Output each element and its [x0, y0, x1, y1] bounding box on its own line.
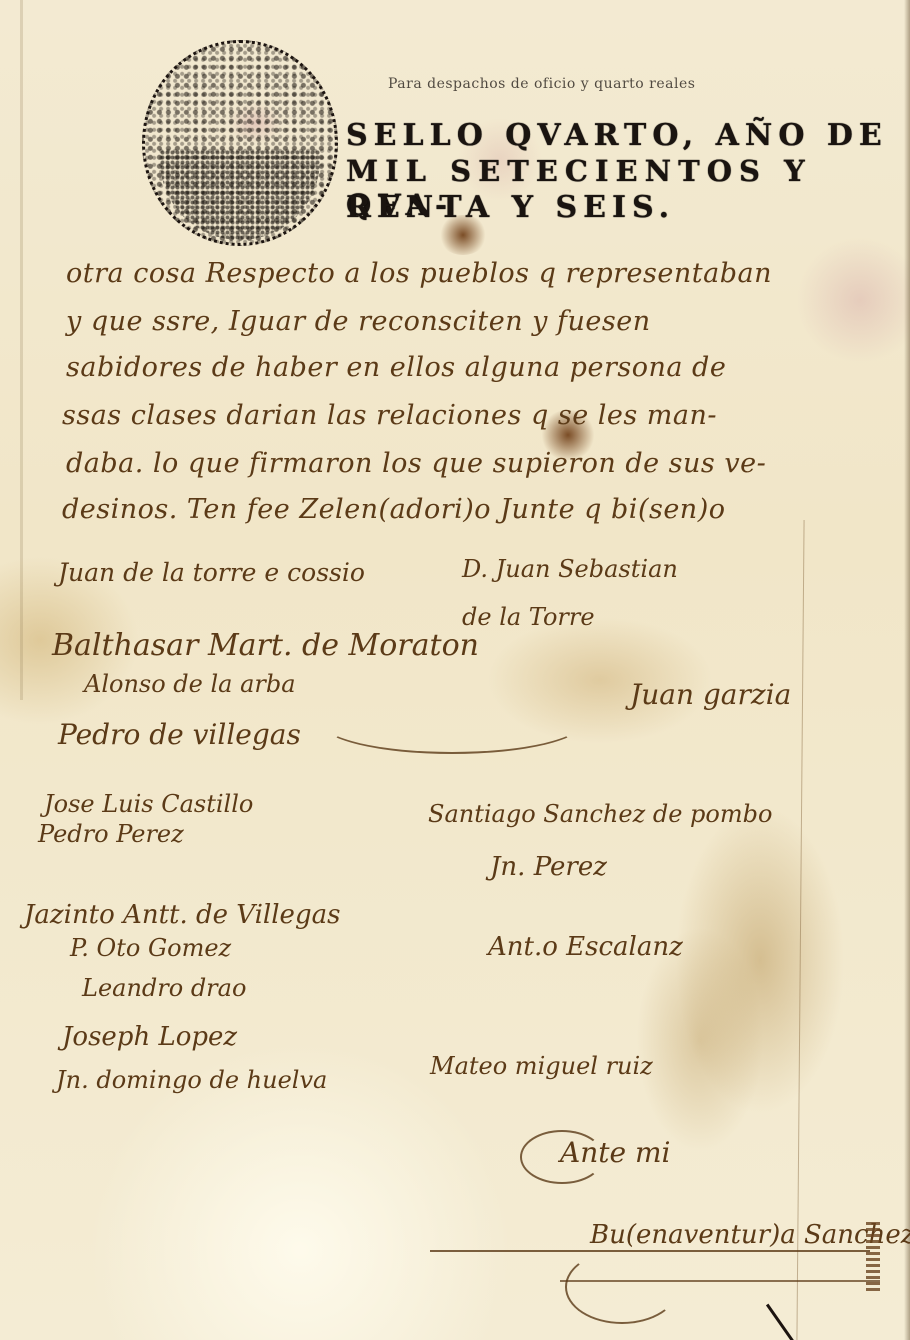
notary-rubric-coil: [866, 1222, 880, 1292]
notary-rubric-line: [430, 1250, 870, 1252]
signature-jacinto-villegas: Jazinto Antt. de Villegas: [24, 900, 340, 930]
body-line: ssas clases darian las relaciones q se l…: [62, 400, 717, 431]
signature-pedro-gomez: P. Oto Gomez: [70, 934, 231, 962]
signature-mateo-ruiz: Mateo miguel ruiz: [430, 1052, 653, 1080]
signature-jose-castillo: Jose Luis Castillo: [44, 790, 253, 818]
signature-flourish: [520, 1130, 604, 1184]
signature-santiago-sanchez: Santiago Sanchez de pombo: [428, 800, 772, 828]
signature-leandro: Leandro drao: [82, 974, 246, 1002]
margin-rule: [796, 520, 804, 1340]
stamp-title-line-1: SELLO QVARTO, AÑO DE: [346, 118, 888, 153]
signature-alonso: Alonso de la arba: [84, 670, 296, 698]
signature-juan-perez: Jn. Perez: [490, 852, 607, 882]
signature-pedro-villegas: Pedro de villegas: [58, 718, 301, 751]
notary-rubric-loop: [565, 1250, 679, 1324]
body-line: otra cosa Respecto a los pueblos q repre…: [66, 258, 772, 289]
signature-antonio-escalante: Ant.o Escalanz: [488, 932, 683, 962]
body-line: sabidores de haber en ellos alguna perso…: [66, 352, 726, 383]
paper-fold-line: [20, 0, 23, 700]
signature-notary: Bu(enaventur)a Sanchez: [590, 1220, 910, 1250]
signature-juan-garcia: Juan garzia: [630, 678, 791, 711]
signature-juan-sebastian: D. Juan Sebastian de la Torre: [462, 545, 692, 641]
ink-blot: [438, 215, 488, 255]
pen-stroke: [766, 1304, 797, 1340]
body-line: daba. lo que firmaron los que supieron d…: [66, 448, 766, 479]
signature-pedro-perez: Pedro Perez: [38, 820, 184, 848]
stamp-title-line-3: RENTA Y SEIS.: [346, 190, 675, 225]
signature-flourish: [320, 690, 584, 754]
signature-joseph-lopez: Joseph Lopez: [62, 1022, 237, 1052]
signature-juan-domingo: Jn. domingo de huelva: [56, 1066, 327, 1094]
manuscript-page: Para despachos de oficio y quarto reales…: [0, 0, 910, 1340]
signature-text: D. Juan Sebastian de la Torre: [462, 545, 692, 641]
stamp-small-line: Para despachos de oficio y quarto reales: [388, 76, 695, 92]
signature-juan-de-la-torre: Juan de la torre e cossio: [58, 558, 365, 587]
body-line: y que ssre, Iguar de reconsciten y fuese…: [66, 306, 651, 337]
body-line: desinos. Ten fee Zelen(adori)o Junte q b…: [62, 494, 725, 525]
signature-balthasar: Balthasar Mart. de Moraton: [52, 628, 479, 663]
